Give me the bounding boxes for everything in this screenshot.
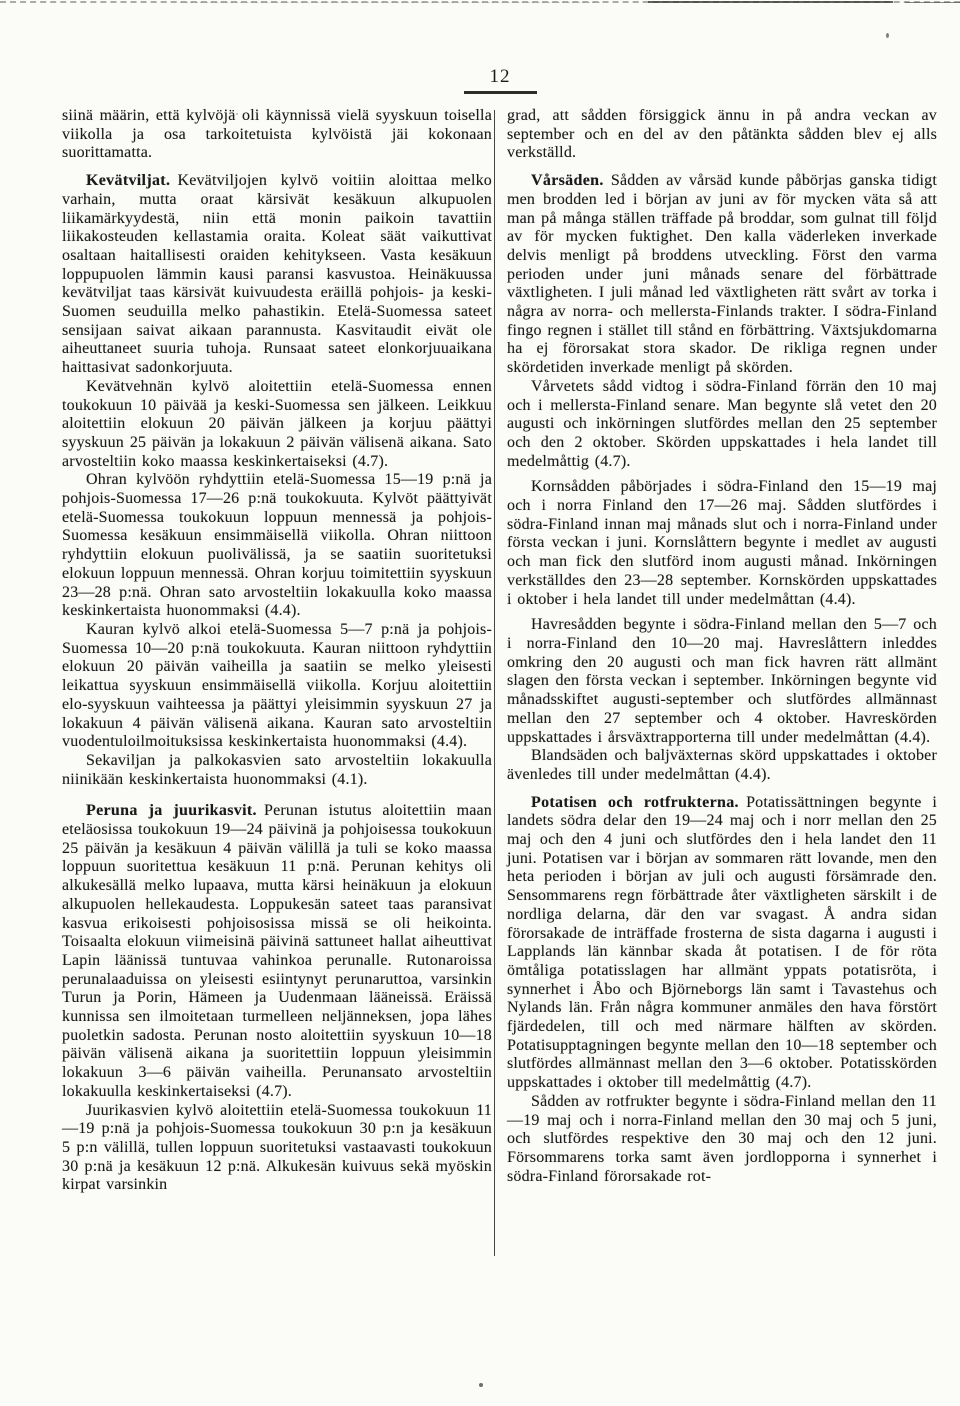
paragraph-text: Ohran kylvöön ryhdyttiin etelä-Suomessa … bbox=[62, 471, 492, 619]
paragraph-text: Juurikasvien kylvö aloitettiin etelä-Suo… bbox=[62, 1102, 492, 1194]
paragraph-text: Vårvetets sådd vidtog i södra-Finland fö… bbox=[507, 378, 937, 470]
scan-artifact-dashed-line bbox=[0, 1, 960, 3]
paragraph-text: Sådden av rotfrukter begynte i södra-Fin… bbox=[507, 1093, 937, 1185]
section-heading: Peruna ja juurikasvit. bbox=[86, 802, 257, 819]
paragraph: Vårvetets sådd vidtog i södra-Finland fö… bbox=[507, 378, 937, 472]
paragraph: Havresådden begynte i södra-Finland mell… bbox=[507, 616, 937, 747]
page-number: 12 bbox=[0, 66, 960, 94]
paragraph: Kevätvehnän kylvö aloitettiin etelä-Suom… bbox=[62, 378, 492, 472]
paragraph-text: Potatissättningen begynte i landets södr… bbox=[507, 794, 937, 1092]
paragraph-text: Kevätvehnän kylvö aloitettiin etelä-Suom… bbox=[62, 378, 492, 470]
paragraph-text: siinä määrin, että kylvöjä oli käynnissä… bbox=[62, 107, 492, 161]
scan-artifact-solid-line bbox=[905, 2, 960, 3]
paragraph-text: Sekaviljan ja palkokasvien sato arvostel… bbox=[62, 752, 492, 788]
section-heading: Vårsäden. bbox=[531, 172, 604, 189]
paragraph: Sådden av rotfrukter begynte i södra-Fin… bbox=[507, 1093, 937, 1187]
section-paragraph: Peruna ja juurikasvit.Perunan istutus al… bbox=[62, 802, 492, 1101]
paragraph-text: Kevätviljojen kylvö voitiin aloittaa mel… bbox=[62, 172, 492, 376]
section-paragraph: Vårsäden.Sådden av vårsäd kunde påbörjas… bbox=[507, 172, 937, 378]
column-divider-rule bbox=[494, 110, 495, 1256]
paragraph-text: Perunan istutus aloitettiin maan eteläos… bbox=[62, 802, 492, 1100]
scan-speck bbox=[886, 33, 889, 38]
paragraph-text: Kauran kylvö alkoi etelä-Suomessa 5—7 p:… bbox=[62, 621, 492, 750]
section-heading: Kevätviljat. bbox=[86, 172, 170, 189]
paragraph-text: Sådden av vårsäd kunde påbörjas ganska t… bbox=[507, 172, 937, 376]
paragraph: Kauran kylvö alkoi etelä-Suomessa 5—7 p:… bbox=[62, 621, 492, 752]
paragraph: Blandsäden och baljväxternas skörd uppsk… bbox=[507, 747, 937, 784]
section-paragraph: Kevätviljat.Kevätviljojen kylvö voitiin … bbox=[62, 172, 492, 378]
paragraph-text: Havresådden begynte i södra-Finland mell… bbox=[507, 616, 937, 745]
section-heading: Potatisen och rotfrukterna. bbox=[531, 794, 739, 811]
page-number-value: 12 bbox=[464, 66, 537, 94]
scan-artifact-dashed-line bbox=[180, 2, 600, 3]
paragraph-text: Blandsäden och baljväxternas skörd uppsk… bbox=[507, 747, 937, 783]
paragraph: Sekaviljan ja palkokasvien sato arvostel… bbox=[62, 752, 492, 789]
right-column-swedish-text: grad, att sådden försiggick ännu in på a… bbox=[507, 107, 937, 1186]
scan-artifact-solid-line bbox=[648, 1, 893, 3]
section-paragraph: Potatisen och rotfrukterna.Potatissättni… bbox=[507, 794, 937, 1093]
scan-speck bbox=[479, 1383, 483, 1387]
paragraph-text: grad, att sådden försiggick ännu in på a… bbox=[507, 107, 937, 161]
paragraph-text: Kornsådden påbörjades i södra-Finland de… bbox=[507, 478, 937, 607]
document-page: 12 siinä määrin, että kylvöjä oli käynni… bbox=[0, 0, 960, 1406]
paragraph: Ohran kylvöön ryhdyttiin etelä-Suomessa … bbox=[62, 471, 492, 621]
paragraph: siinä määrin, että kylvöjä oli käynnissä… bbox=[62, 107, 492, 163]
paragraph: Juurikasvien kylvö aloitettiin etelä-Suo… bbox=[62, 1102, 492, 1196]
paragraph: grad, att sådden försiggick ännu in på a… bbox=[507, 107, 937, 163]
left-column-finnish-text: siinä määrin, että kylvöjä oli käynnissä… bbox=[62, 107, 492, 1195]
paragraph: Kornsådden påbörjades i södra-Finland de… bbox=[507, 478, 937, 609]
